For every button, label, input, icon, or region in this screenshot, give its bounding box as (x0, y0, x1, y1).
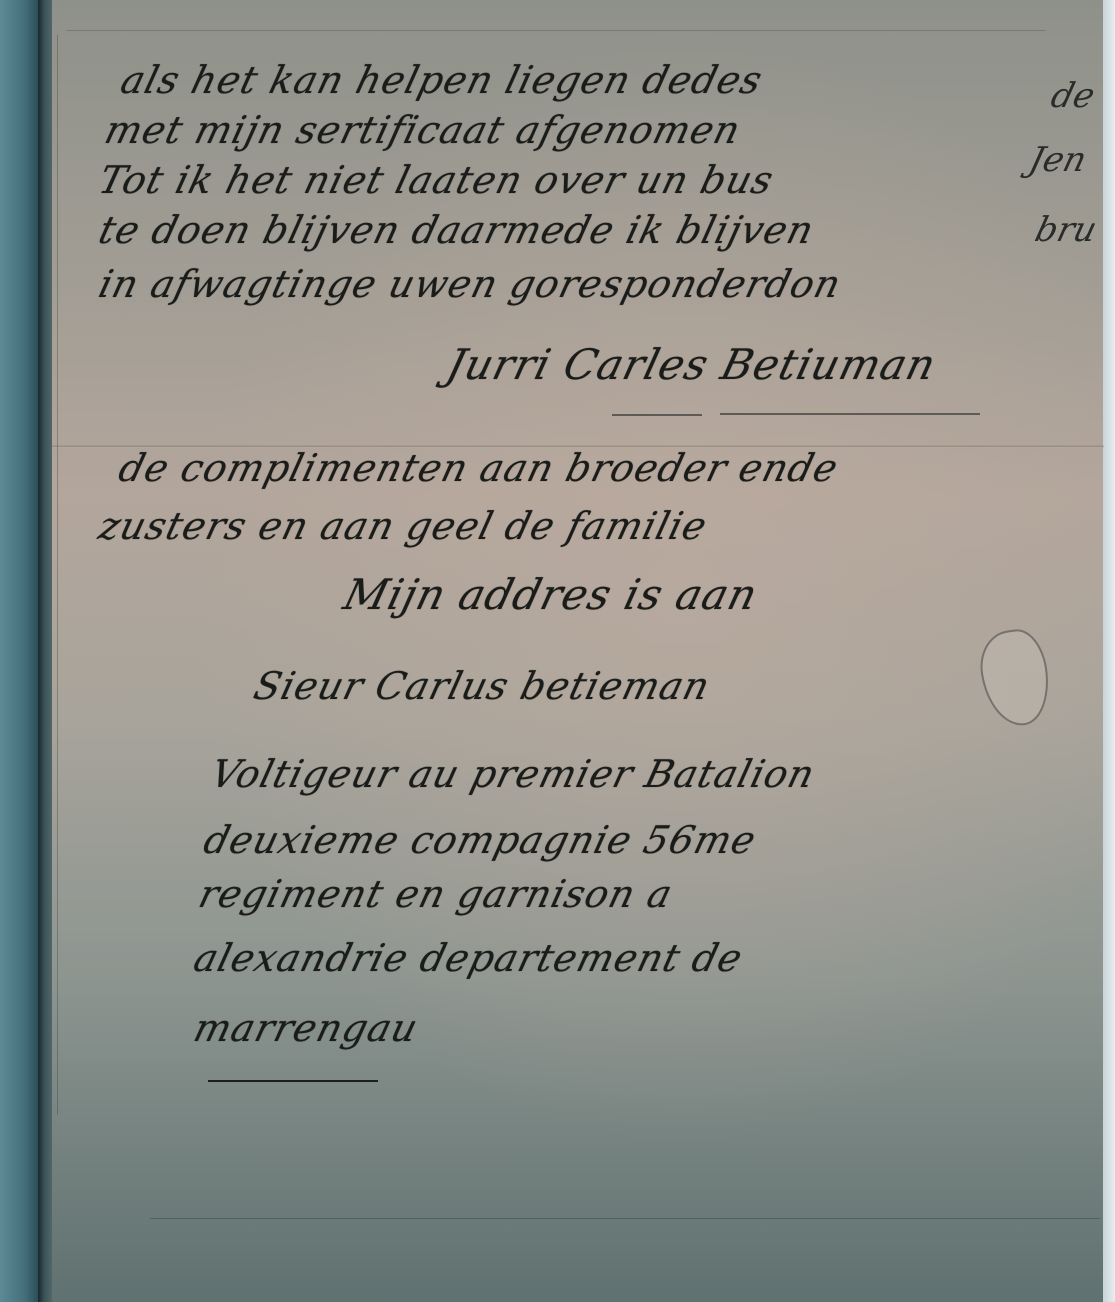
address-line: deuxieme compagnie 56me (200, 818, 762, 862)
body-line: te doen blijven daarmede ik blijven (95, 208, 819, 252)
overline-mark (720, 413, 980, 415)
body-line: Tot ik het niet laaten over un bus (95, 158, 779, 202)
address-line: alexandrie departement de (190, 936, 748, 980)
body-line: met mijn sertificaat afgenomen (101, 108, 746, 152)
signature: Jurri Carles Betiuman (442, 340, 941, 389)
margin-line (57, 35, 58, 1115)
overline-mark (612, 414, 702, 416)
address-line: regiment en garnison a (195, 872, 678, 916)
closing-flourish (208, 1060, 378, 1082)
address-heading: Mijn addres is aan (339, 570, 763, 619)
background-right (1103, 0, 1115, 1302)
address-line: marrengau (190, 1006, 423, 1050)
body-line: als het kan helpen liegen dedes (117, 58, 768, 102)
address-line: Voltigeur au premier Batalion (207, 752, 820, 796)
body-line: in afwagtinge uwen goresponderdon (95, 262, 846, 306)
top-rule (66, 30, 1046, 31)
postscript-line: zusters en aan geel de familie (95, 504, 713, 548)
postscript-line: de complimenten aan broeder ende (115, 446, 844, 490)
margin-fragment: bru (1031, 210, 1101, 250)
bottom-rule (150, 1218, 1100, 1219)
margin-fragment: Jen (1025, 140, 1091, 180)
background-left (0, 0, 40, 1302)
address-line: Sieur Carlus betieman (250, 664, 715, 708)
